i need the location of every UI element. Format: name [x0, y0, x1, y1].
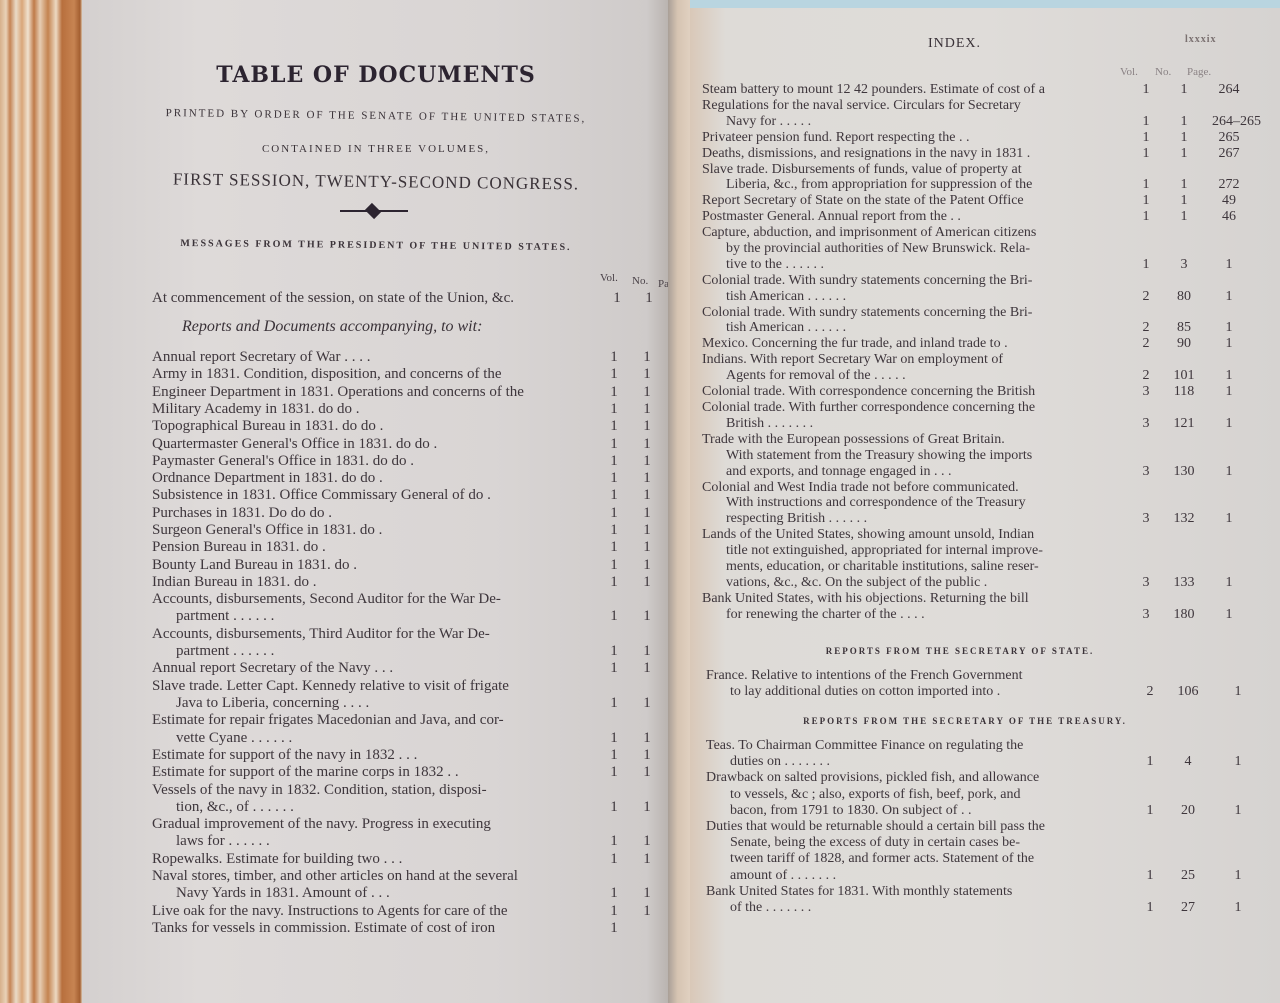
- left-page: TABLE OF DOCUMENTS PRINTED BY ORDER OF T…: [82, 0, 670, 1003]
- entry-no: 1: [1167, 146, 1201, 162]
- entry-vol: 1: [1129, 193, 1163, 209]
- list-item: Colonial trade. With sundry statements c…: [702, 305, 1262, 337]
- entry-no: 85: [1167, 320, 1201, 336]
- list-item: Annual report Secretary of War . . . .11…: [152, 349, 670, 366]
- entry-text: Bank United States for 1831. With monthl…: [706, 884, 1012, 900]
- entry-no: 4: [1171, 754, 1205, 770]
- entry-no: 1: [1167, 177, 1201, 193]
- ornament-divider-icon: [340, 210, 408, 212]
- entry-text: At commencement of the session, on state…: [152, 290, 514, 306]
- entry-no: 80: [1167, 289, 1201, 305]
- entry-vol: 1: [597, 384, 631, 400]
- entry-text: Indian Bureau in 1831. do .: [152, 574, 317, 590]
- entry-text: Mexico. Concerning the fur trade, and in…: [702, 336, 1008, 352]
- entry-text: Colonial and West India trade not before…: [702, 480, 1019, 496]
- entry-no: 1: [1167, 209, 1201, 225]
- entry-text-continued: respecting British . . . . . .: [726, 511, 867, 527]
- entry-text: Teas. To Chairman Committee Finance on r…: [706, 738, 1023, 754]
- entry-vol: 1: [1133, 754, 1167, 770]
- entry-vol: 1: [597, 470, 631, 486]
- entry-text: Quartermaster General's Office in 1831. …: [152, 436, 437, 452]
- list-item: Steam battery to mount 12 42 pounders. E…: [702, 82, 1262, 98]
- list-item: Engineer Department in 1831. Operations …: [152, 384, 670, 401]
- entry-vol: 1: [597, 730, 631, 746]
- entry-text: Estimate for support of the navy in 1832…: [152, 747, 417, 763]
- entry-text-continued: Senate, being the excess of duty in cert…: [730, 835, 1020, 851]
- list-item: Naval stores, timber, and other articles…: [152, 868, 670, 903]
- entry-vol: 1: [1129, 209, 1163, 225]
- list-item: Colonial trade. With correspondence conc…: [702, 384, 1262, 400]
- list-item: Annual report Secretary of the Navy . . …: [152, 660, 670, 677]
- entry-text: Tanks for vessels in commission. Estimat…: [152, 920, 495, 936]
- entry-no: 20: [1171, 803, 1205, 819]
- entry-no: 3: [1167, 257, 1201, 273]
- list-item: Ordnance Department in 1831. do do .1113: [152, 470, 670, 487]
- entry-text-continued: Agents for removal of the . . . . .: [726, 368, 906, 384]
- entry-text: Paymaster General's Office in 1831. do d…: [152, 453, 414, 469]
- entry-vol: 1: [597, 505, 631, 521]
- entry-vol: 1: [597, 401, 631, 417]
- entry-vol: 3: [1129, 384, 1163, 400]
- entry-text-continued: tish American . . . . . .: [726, 289, 846, 305]
- subtitle-volumes: CONTAINED IN THREE VOLUMES,: [82, 143, 670, 155]
- entry-text: Annual report Secretary of War . . . .: [152, 349, 370, 365]
- entry-vol: 1: [597, 660, 631, 676]
- subtitle-printed-by: PRINTED BY ORDER OF THE SENATE OF THE UN…: [82, 106, 670, 126]
- list-item: Indian Bureau in 1831. do .1117: [152, 574, 670, 591]
- entry-vol: 2: [1129, 289, 1163, 305]
- list-item: Slave trade. Disbursements of funds, val…: [702, 162, 1262, 194]
- entry-vol: 1: [1129, 82, 1163, 98]
- entry-vol: 3: [1129, 575, 1163, 591]
- book-page-edges: [0, 0, 82, 1003]
- list-item: Accounts, disbursements, Second Auditor …: [152, 591, 670, 626]
- list-item: Deaths, dismissions, and resignations in…: [702, 146, 1262, 162]
- list-item: France. Relative to intentions of the Fr…: [706, 668, 1266, 700]
- list-item: Drawback on salted provisions, pickled f…: [706, 770, 1266, 819]
- entry-text: Vessels of the navy in 1832. Condition, …: [152, 782, 487, 798]
- list-item: Estimate for support of the marine corps…: [152, 764, 670, 781]
- entry-text: Bank United States, with his objections.…: [702, 591, 1029, 607]
- list-item: Quartermaster General's Office in 1831. …: [152, 436, 670, 453]
- entry-text-continued: British . . . . . . .: [726, 416, 813, 432]
- entry-page: 1: [1212, 257, 1246, 273]
- entry-no: 1: [1167, 114, 1201, 130]
- subtitle-session: FIRST SESSION, TWENTY-SECOND CONGRESS.: [82, 168, 670, 195]
- list-item: Purchases in 1831. Do do do .1115: [152, 505, 670, 522]
- entry-text: Colonial trade. With correspondence conc…: [702, 384, 1035, 400]
- list-item: Pension Bureau in 1831. do .1116: [152, 539, 670, 556]
- entry-text-continued: to vessels, &c ; also, exports of fish, …: [730, 787, 1020, 803]
- entry-page: 49: [1212, 193, 1246, 209]
- entry-text: Bounty Land Bureau in 1831. do .: [152, 557, 357, 573]
- entry-vol: 1: [1129, 257, 1163, 273]
- entry-text-continued: Liberia, &c., from appropriation for sup…: [726, 177, 1032, 193]
- entry-no: 1: [1167, 193, 1201, 209]
- entry-page: 1: [1212, 384, 1246, 400]
- entry-text-continued: by the provincial authorities of New Bru…: [726, 241, 1030, 257]
- entry-text: Colonial trade. With sundry statements c…: [702, 273, 1032, 289]
- entry-vol: 1: [597, 885, 631, 901]
- entry-text-continued: laws for . . . . . .: [176, 833, 270, 849]
- entry-text-continued: Java to Liberia, concerning . . . .: [176, 695, 369, 711]
- entry-text-continued: duties on . . . . . . .: [730, 754, 830, 770]
- entry-no: 25: [1171, 868, 1205, 884]
- entry-text: Topographical Bureau in 1831. do do .: [152, 418, 383, 434]
- list-item: Indians. With report Secretary War on em…: [702, 352, 1262, 384]
- entry-text-continued: tive to the . . . . . .: [726, 257, 824, 273]
- list-item: Live oak for the navy. Instructions to A…: [152, 903, 670, 920]
- list-item: Tanks for vessels in commission. Estimat…: [152, 920, 670, 937]
- entry-text-continued: tion, &c., of . . . . . .: [176, 799, 294, 815]
- entry-text: Slave trade. Disbursements of funds, val…: [702, 162, 1022, 178]
- entry-text-continued: vations, &c., &c. On the subject of the …: [726, 575, 987, 591]
- entry-text-continued: With statement from the Treasury showing…: [726, 448, 1032, 464]
- entry-page: 1: [1212, 336, 1246, 352]
- list-item: Surgeon General's Office in 1831. do .11…: [152, 522, 670, 539]
- entry-text-continued: bacon, from 1791 to 1830. On subject of …: [730, 803, 971, 819]
- entry-vol: 1: [597, 539, 631, 555]
- column-header-vol: Vol.: [600, 272, 618, 284]
- entry-vol: 1: [597, 903, 631, 919]
- list-item: Subsistence in 1831. Office Commissary G…: [152, 487, 670, 504]
- entry-text: Accounts, disbursements, Second Auditor …: [152, 591, 501, 607]
- entry-text-continued: and exports, and tonnage engaged in . . …: [726, 464, 952, 480]
- list-item: Ropewalks. Estimate for building two . .…: [152, 851, 670, 868]
- list-item: Army in 1831. Condition, disposition, an…: [152, 366, 670, 383]
- list-item: Lands of the United States, showing amou…: [702, 527, 1262, 591]
- entry-text-continued: With instructions and correspondence of …: [726, 495, 1026, 511]
- list-item: Bank United States for 1831. With monthl…: [706, 884, 1266, 916]
- entry-vol: 1: [597, 747, 631, 763]
- entry-vol: 1: [597, 453, 631, 469]
- entry-vol: 1: [597, 764, 631, 780]
- entry-text: Gradual improvement of the navy. Progres…: [152, 816, 491, 832]
- column-header-no: No.: [632, 275, 648, 287]
- entry-no: 1: [1167, 130, 1201, 146]
- entry-text-continued: title not extinguished, appropriated for…: [726, 543, 1043, 559]
- section-heading-president: MESSAGES FROM THE PRESIDENT OF THE UNITE…: [82, 237, 670, 254]
- entry-page: 1: [1212, 416, 1246, 432]
- running-head: INDEX.: [928, 36, 981, 52]
- entry-text: Indians. With report Secretary War on em…: [702, 352, 1003, 368]
- entry-text: Purchases in 1831. Do do do .: [152, 505, 332, 521]
- entry-text: Capture, abduction, and imprisonment of …: [702, 225, 1036, 241]
- entry-text: Army in 1831. Condition, disposition, an…: [152, 366, 502, 382]
- list-item: Colonial trade. With sundry statements c…: [702, 273, 1262, 305]
- entry-vol: 1: [597, 799, 631, 815]
- entry-text: Regulations for the naval service. Circu…: [702, 98, 1021, 114]
- entry-no: 133: [1167, 575, 1201, 591]
- entry-page: 265: [1212, 130, 1246, 146]
- entry-vol: 1: [1129, 114, 1163, 130]
- entry-text: Steam battery to mount 12 42 pounders. E…: [702, 82, 1045, 98]
- entry-page: 1: [1221, 900, 1255, 916]
- entry-text-continued: partment . . . . . .: [176, 643, 274, 659]
- entry-no: 27: [1171, 900, 1205, 916]
- entry-no: 1: [1167, 82, 1201, 98]
- entry-text: Duties that would be returnable should a…: [706, 819, 1045, 835]
- page-title: TABLE OF DOCUMENTS: [82, 62, 670, 88]
- entry-text: Ordnance Department in 1831. do do .: [152, 470, 383, 486]
- entry-vol: 1: [597, 522, 631, 538]
- entry-page: 1: [1212, 511, 1246, 527]
- entry-text: Estimate for support of the marine corps…: [152, 764, 459, 780]
- entry-page: 267: [1212, 146, 1246, 162]
- entry-page: 1: [1212, 464, 1246, 480]
- entry-vol: 1: [597, 366, 631, 382]
- entry-text: Colonial trade. With further corresponde…: [702, 400, 1035, 416]
- entry-text: Military Academy in 1831. do do .: [152, 401, 359, 417]
- entry-text-continued: amount of . . . . . . .: [730, 868, 836, 884]
- entry-vol: 1: [597, 643, 631, 659]
- entry-text: Naval stores, timber, and other articles…: [152, 868, 518, 884]
- entry-vol: 1: [1133, 803, 1167, 819]
- entry-vol: 2: [1129, 336, 1163, 352]
- entry-page: 1: [1212, 607, 1246, 623]
- entry-page: 46: [1212, 209, 1246, 225]
- entry-page: 1: [1221, 803, 1255, 819]
- entry-vol: 3: [1129, 607, 1163, 623]
- entry-vol: 1: [597, 349, 631, 365]
- entry-vol: 1: [1133, 868, 1167, 884]
- list-item: Slave trade. Letter Capt. Kennedy relati…: [152, 678, 670, 713]
- entry-vol: 3: [1129, 416, 1163, 432]
- entry-page: 1: [1221, 684, 1255, 700]
- list-item: Vessels of the navy in 1832. Condition, …: [152, 782, 670, 817]
- list-item: Teas. To Chairman Committee Finance on r…: [706, 738, 1266, 770]
- list-item: Report Secretary of State on the state o…: [702, 193, 1262, 209]
- entry-text-continued: for renewing the charter of the . . . .: [726, 607, 925, 623]
- entry-vol: 2: [1129, 368, 1163, 384]
- entry-no: 130: [1167, 464, 1201, 480]
- entry-vol: 1: [1129, 146, 1163, 162]
- list-item: Estimate for support of the navy in 1832…: [152, 747, 670, 764]
- entry-no: 1: [632, 290, 666, 306]
- entry-page: 264: [1212, 82, 1246, 98]
- entry-text: Pension Bureau in 1831. do .: [152, 539, 326, 555]
- entry-vol: 1: [597, 418, 631, 434]
- entry-text: Surgeon General's Office in 1831. do .: [152, 522, 382, 538]
- list-item: Capture, abduction, and imprisonment of …: [702, 225, 1262, 273]
- entry-no: 101: [1167, 368, 1201, 384]
- entry-page: 1: [1212, 368, 1246, 384]
- entry-vol: 1: [597, 436, 631, 452]
- entry-vol: 1: [1129, 177, 1163, 193]
- entry-text: Drawback on salted provisions, pickled f…: [706, 770, 1039, 786]
- entry-text: Engineer Department in 1831. Operations …: [152, 384, 524, 400]
- entry-vol: 1: [597, 920, 631, 936]
- list-item: Colonial trade. With further corresponde…: [702, 400, 1262, 432]
- entry-text-continued: of the . . . . . . .: [730, 900, 811, 916]
- list-item: Topographical Bureau in 1831. do do .111…: [152, 418, 670, 435]
- entry-text: Subsistence in 1831. Office Commissary G…: [152, 487, 491, 503]
- entry-text-continued: tween tariff of 1828, and former acts. S…: [730, 851, 1034, 867]
- entry-vol: 1: [597, 487, 631, 503]
- entry-vol: 1: [1129, 130, 1163, 146]
- list-item: Gradual improvement of the navy. Progres…: [152, 816, 670, 851]
- entry-page: 1: [1221, 754, 1255, 770]
- list-item: Mexico. Concerning the fur trade, and in…: [702, 336, 1262, 352]
- list-item: Bounty Land Bureau in 1831. do .1117: [152, 557, 670, 574]
- entry-page: 1: [1221, 868, 1255, 884]
- list-item: Paymaster General's Office in 1831. do d…: [152, 453, 670, 470]
- entry-vol: 3: [1129, 511, 1163, 527]
- entry-text-continued: Navy for . . . . .: [726, 114, 811, 130]
- page-number: lxxxix: [1185, 34, 1217, 45]
- entry-text-continued: partment . . . . . .: [176, 608, 274, 624]
- entry-page: 264–265: [1212, 114, 1246, 130]
- entry-text-continued: ments, education, or charitable institut…: [726, 559, 1039, 575]
- entry-no: 121: [1167, 416, 1201, 432]
- entry-vol: 2: [1129, 320, 1163, 336]
- entry-text: Postmaster General. Annual report from t…: [702, 209, 961, 225]
- entry-text: France. Relative to intentions of the Fr…: [706, 668, 1022, 684]
- entry-page: 1: [1212, 575, 1246, 591]
- list-item: Trade with the European possessions of G…: [702, 432, 1262, 480]
- list-item: Colonial and West India trade not before…: [702, 480, 1262, 528]
- entry-text: Slave trade. Letter Capt. Kennedy relati…: [152, 678, 509, 694]
- column-header-vol: Vol.: [1120, 66, 1138, 78]
- list-item: Regulations for the naval service. Circu…: [702, 98, 1262, 130]
- column-header-no: No.: [1155, 66, 1171, 78]
- entry-text-continued: vette Cyane . . . . . .: [176, 730, 292, 746]
- entry-vol: 1: [597, 574, 631, 590]
- list-item: Bank United States, with his objections.…: [702, 591, 1262, 623]
- entry-text: Report Secretary of State on the state o…: [702, 193, 1024, 209]
- entry-vol: 1: [597, 608, 631, 624]
- list-item: Accounts, disbursements, Third Auditor f…: [152, 626, 670, 661]
- list-item: Military Academy in 1831. do do .119: [152, 401, 670, 418]
- entry-text-continued: to lay additional duties on cotton impor…: [730, 684, 1000, 700]
- entry-text: Trade with the European possessions of G…: [702, 432, 1005, 448]
- entry-no: 106: [1171, 684, 1205, 700]
- entry-no: 118: [1167, 384, 1201, 400]
- entry-vol: 2: [1133, 684, 1167, 700]
- entry-no: 132: [1167, 511, 1201, 527]
- entry-vol: 1: [597, 695, 631, 711]
- entry-no: 180: [1167, 607, 1201, 623]
- entry-vol: 3: [1129, 464, 1163, 480]
- entry-text: Lands of the United States, showing amou…: [702, 527, 1034, 543]
- column-header-page: Page.: [1187, 66, 1211, 78]
- entry-page: 1: [1212, 320, 1246, 336]
- background-strip: [690, 0, 1280, 8]
- subheading-reports: Reports and Documents accompanying, to w…: [182, 318, 482, 336]
- entry-text: Colonial trade. With sundry statements c…: [702, 305, 1032, 321]
- right-page: INDEX. lxxxix Vol. No. Page. Steam batte…: [690, 0, 1280, 1003]
- entry-text: Annual report Secretary of the Navy . . …: [152, 660, 393, 676]
- entry-vol: 1: [597, 851, 631, 867]
- list-item: Duties that would be returnable should a…: [706, 819, 1266, 884]
- list-item: Privateer pension fund. Report respectin…: [702, 130, 1262, 146]
- entry-text: Deaths, dismissions, and resignations in…: [702, 146, 1030, 162]
- entry-text: Estimate for repair frigates Macedonian …: [152, 712, 504, 728]
- entry-vol: 1: [597, 833, 631, 849]
- list-item: Postmaster General. Annual report from t…: [702, 209, 1262, 225]
- entry-text: Live oak for the navy. Instructions to A…: [152, 903, 508, 919]
- entry-vol: 1: [597, 557, 631, 573]
- entry-page: 1: [1212, 289, 1246, 305]
- entry-vol: 1: [600, 290, 634, 306]
- section-heading-state: REPORTS FROM THE SECRETARY OF STATE.: [690, 646, 1255, 656]
- entry-page: 272: [1212, 177, 1246, 193]
- entry-text: Ropewalks. Estimate for building two . .…: [152, 851, 402, 867]
- entry-no: 90: [1167, 336, 1201, 352]
- list-item: Estimate for repair frigates Macedonian …: [152, 712, 670, 747]
- entry-text: Privateer pension fund. Report respectin…: [702, 130, 969, 146]
- entry-text-continued: Navy Yards in 1831. Amount of . . .: [176, 885, 390, 901]
- entry-text: Accounts, disbursements, Third Auditor f…: [152, 626, 490, 642]
- entry-vol: 1: [1133, 900, 1167, 916]
- book-gutter: [668, 0, 692, 1003]
- section-heading-treasury: REPORTS FROM THE SECRETARY OF THE TREASU…: [690, 716, 1260, 726]
- entry-text-continued: tish American . . . . . .: [726, 320, 846, 336]
